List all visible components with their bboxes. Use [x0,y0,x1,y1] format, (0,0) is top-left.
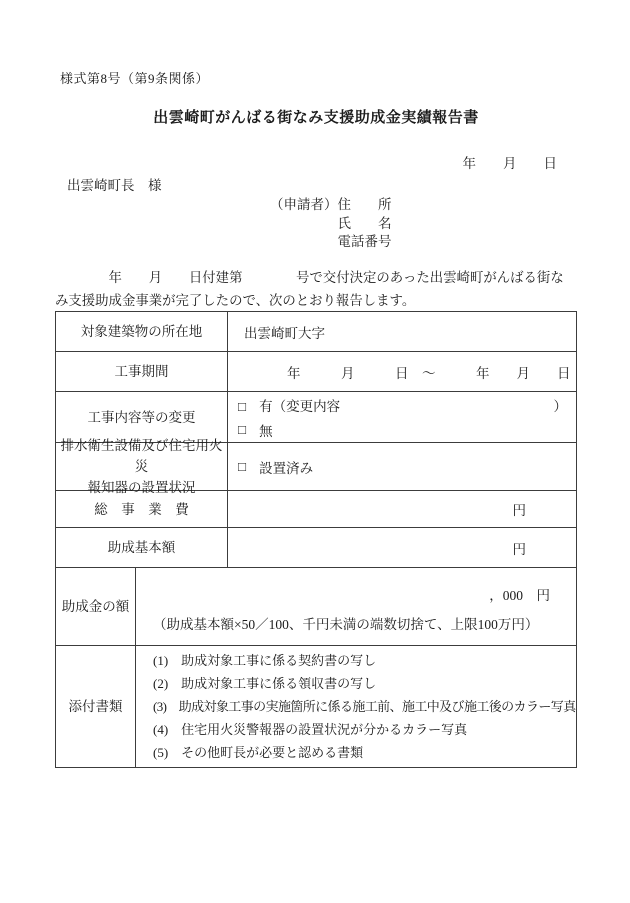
table-row-total-cost: 総 事 業 費 円 [56,490,576,527]
changes-option-no-label: 無 [259,420,273,440]
date-line: 年 月 日 [55,152,577,172]
report-table: 対象建築物の所在地 出雲崎町大字 工事期間 年 月 日 ～ 年 月 日 工事内容… [55,311,577,768]
checkbox-icon: □ [238,422,246,438]
table-row-location: 対象建築物の所在地 出雲崎町大字 [56,312,576,351]
base-amount-label: 助成基本額 [56,528,228,567]
applicant-label: （申請者） [270,196,338,215]
addressee: 出雲崎町長 様 [67,174,162,194]
table-row-period: 工事期間 年 月 日 ～ 年 月 日 [56,351,576,391]
checkbox-icon: □ [238,399,246,414]
grant-amount-label: 助成金の額 [56,568,136,645]
grant-amount-note: （助成基本額×50／100、千円未満の端数切捨て、上限100万円） [136,613,576,633]
changes-option-yes-label: 有（変更内容 [259,399,340,414]
base-amount-unit: 円 [228,528,576,567]
location-label: 対象建築物の所在地 [56,312,228,351]
body-line-2: み支援助成金事業が完了したので、次のとおり報告します。 [55,289,589,312]
attachment-item: (2) 助成対象工事に係る領収書の写し [153,672,576,695]
applicant-name-label: 氏 名 [338,215,392,234]
table-row-attachments: 添付書類 (1) 助成対象工事に係る契約書の写し (2) 助成対象工事に係る領収… [56,645,576,767]
attachment-item: (3) 助成対象工事の実施箇所に係る施工前、施工中及び施工後のカラー写真 [153,695,576,718]
grant-amount-value: ，000 円 [136,584,576,604]
attachment-item: (1) 助成対象工事に係る契約書の写し [153,649,576,672]
location-value: 出雲崎町大字 [228,312,576,351]
applicant-block: （申請者） 住 所 氏 名 電話番号 [270,196,392,252]
applicant-phone-label: 電話番号 [338,233,392,252]
page-title: 出雲崎町がんばる街なみ支援助成金実績報告書 [55,106,577,127]
applicant-fields: 住 所 氏 名 電話番号 [338,196,392,252]
attachment-item: (5) その他町長が必要と認める書類 [153,741,576,764]
close-paren: ） [554,395,568,415]
total-cost-label: 総 事 業 費 [56,491,228,527]
changes-option-no-line: □無 [238,420,567,440]
equipment-label: 排水衛生設備及び住宅用火災 報知器の設置状況 [56,443,228,490]
body-paragraph: 年 月 日付建第 号で交付決定のあった出雲崎町がんばる街な み支援助成金事業が完… [55,266,589,312]
attachment-item: (4) 住宅用火災警報器の設置状況が分かるカラー写真 [153,718,576,741]
grant-amount-cell: ，000 円 （助成基本額×50／100、千円未満の端数切捨て、上限100万円） [136,568,576,645]
changes-option-yes-line: □有（変更内容 ） [238,395,567,415]
attachments-label: 添付書類 [56,646,136,767]
checkbox-icon: □ [238,459,246,475]
table-row-equipment: 排水衛生設備及び住宅用火災 報知器の設置状況 □設置済み [56,442,576,490]
applicant-address-label: 住 所 [338,196,392,215]
equipment-option: □設置済み [228,443,576,490]
document-page: 様式第8号（第9条関係） 出雲崎町がんばる街なみ支援助成金実績報告書 年 月 日… [0,0,630,903]
table-row-grant-amount: 助成金の額 ，000 円 （助成基本額×50／100、千円未満の端数切捨て、上限… [56,567,576,645]
equipment-label-line1: 排水衛生設備及び住宅用火災 [56,435,227,477]
total-cost-unit: 円 [228,491,576,527]
attachments-list: (1) 助成対象工事に係る契約書の写し (2) 助成対象工事に係る領収書の写し … [136,646,576,767]
changes-option-yes: □有（変更内容 [238,395,340,415]
period-label: 工事期間 [56,352,228,391]
table-row-base-amount: 助成基本額 円 [56,527,576,567]
body-line-1: 年 月 日付建第 号で交付決定のあった出雲崎町がんばる街な [55,266,589,289]
period-value: 年 月 日 ～ 年 月 日 [228,352,576,391]
equipment-option-label: 設置済み [259,457,313,477]
form-number: 様式第8号（第9条関係） [60,68,209,87]
changes-options: □有（変更内容 ） □無 [228,392,576,442]
